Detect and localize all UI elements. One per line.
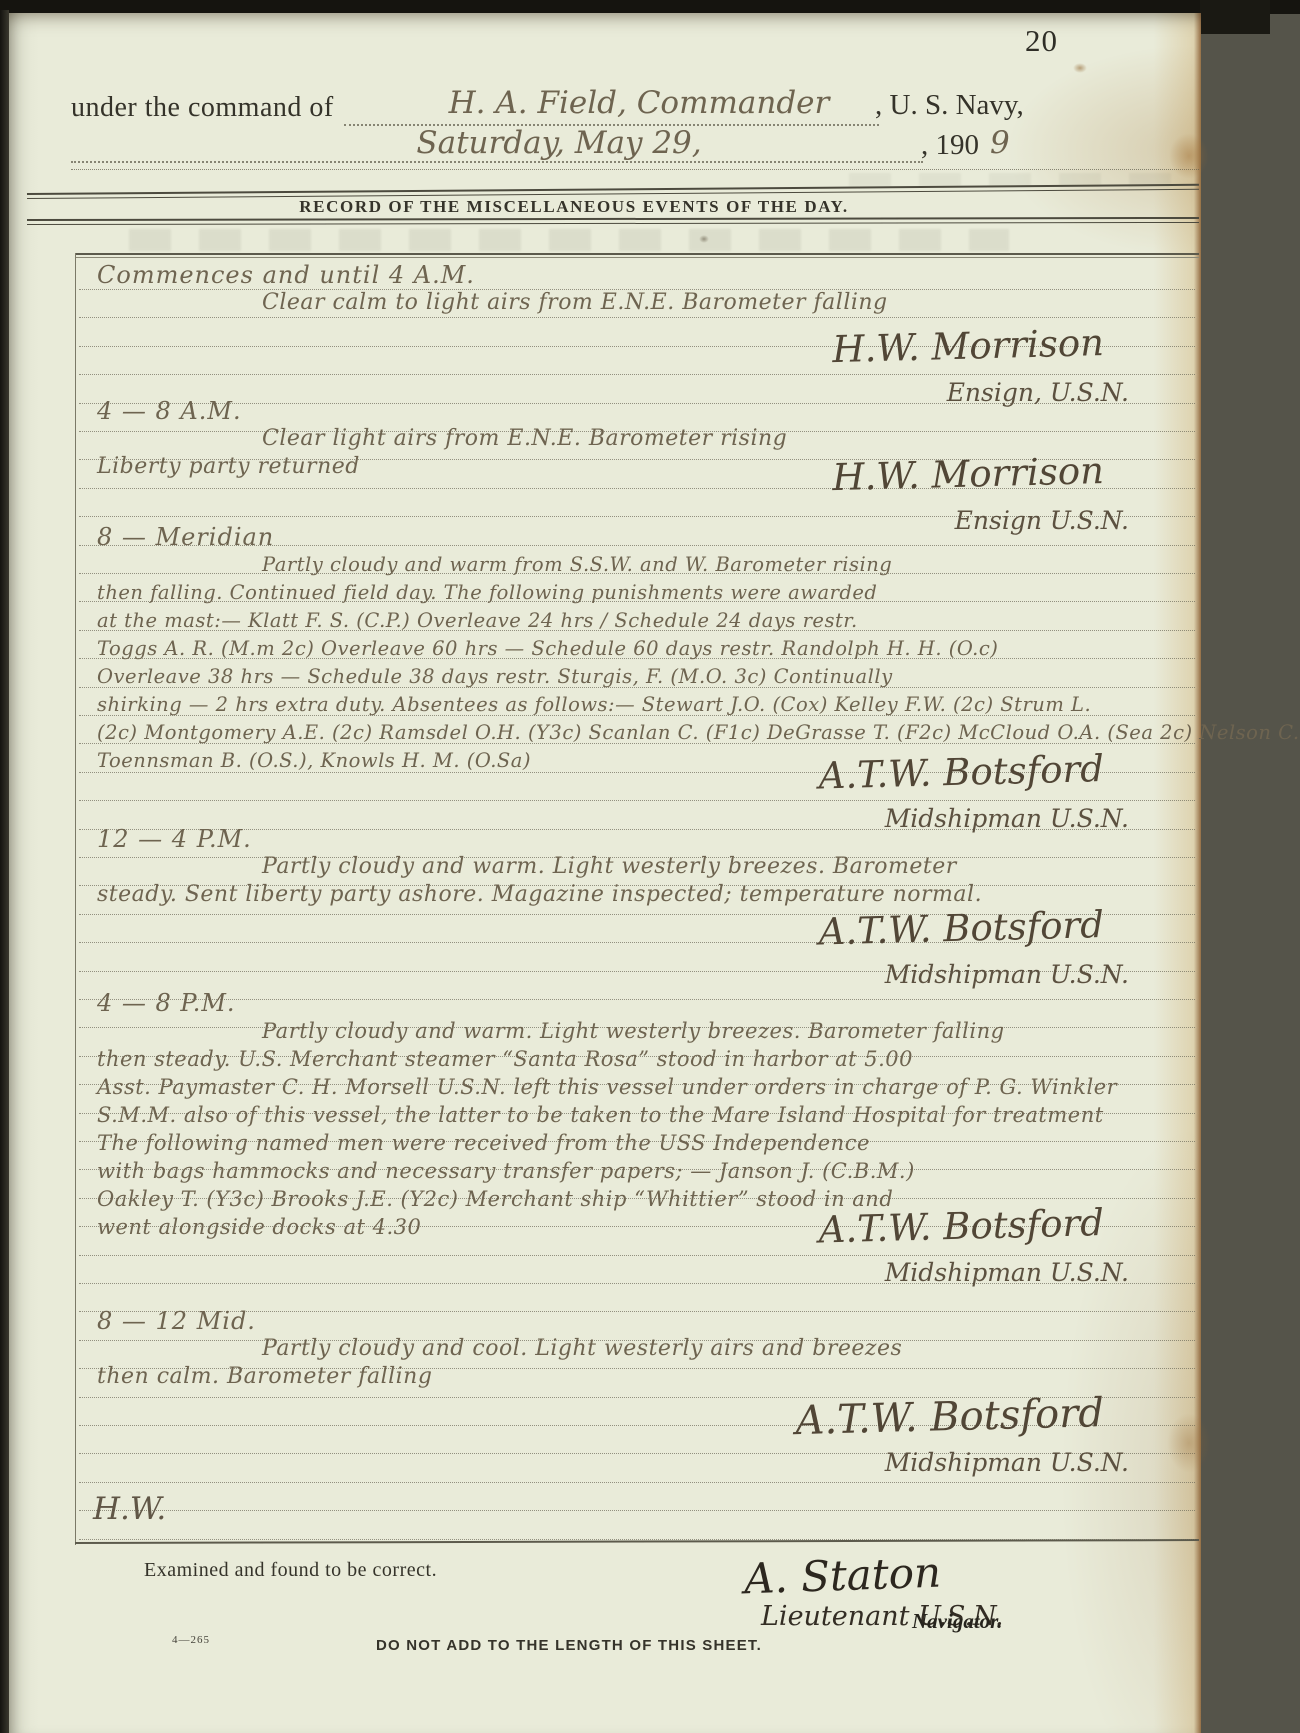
log-line: then steady. U.S. Merchant steamer “Sant… xyxy=(97,1045,1199,1073)
ink-bleed-through xyxy=(129,229,1009,251)
entry-time-heading: Commences and until 4 A.M. xyxy=(97,261,1199,289)
entry-time-heading: 4 — 8 A.M. xyxy=(97,397,1199,425)
log-line: S.M.M. also of this vessel, the latter t… xyxy=(97,1101,1199,1129)
page-number: 20 xyxy=(1025,23,1058,59)
year-prefix-label: , 190 xyxy=(921,129,979,162)
entry-time-heading: 4 — 8 P.M. xyxy=(97,989,1199,1017)
log-entry-12-4pm: 12 — 4 P.M. Partly cloudy and warm. Ligh… xyxy=(97,825,1199,991)
examined-statement: Examined and found to be correct. xyxy=(144,1559,437,1582)
log-line: Partly cloudy and warm. Light westerly b… xyxy=(97,853,1199,881)
paper-stain xyxy=(1167,1413,1211,1473)
ruled-line xyxy=(79,1539,1195,1540)
date-handwritten: Saturday, May 29, xyxy=(309,125,809,161)
navy-suffix-label: , U. S. Navy, xyxy=(875,89,1024,122)
log-line: Partly cloudy and cool. Light westerly a… xyxy=(97,1335,1199,1363)
ruled-box-top-border xyxy=(75,253,1199,258)
log-entry-8-meridian: 8 — Meridian Partly cloudy and warm from… xyxy=(97,523,1199,835)
marginal-initials: H.W. xyxy=(93,1491,166,1527)
section-title: RECORD OF THE MISCELLANEOUS EVENTS OF TH… xyxy=(9,197,1139,217)
ink-bleed-through xyxy=(849,173,1179,187)
log-line: Partly cloudy and warm from S.S.W. and W… xyxy=(97,551,1199,579)
log-line: (2c) Montgomery A.E. (2c) Ramsdel O.H. (… xyxy=(97,719,1199,747)
form-number: 4—265 xyxy=(172,1634,210,1646)
entry-body: Clear calm to light airs from E.N.E. Bar… xyxy=(97,289,1199,317)
entry-time-heading: 8 — Meridian xyxy=(97,523,1199,551)
log-line: then calm. Barometer falling xyxy=(97,1363,1199,1391)
log-entry-4-8am: 4 — 8 A.M. Clear light airs from E.N.E. … xyxy=(97,397,1199,537)
ruled-line xyxy=(79,1482,1195,1483)
paper-stain xyxy=(1073,63,1087,73)
log-entry-8-12mid: 8 — 12 Mid. Partly cloudy and cool. Ligh… xyxy=(97,1307,1199,1479)
entry-body: Partly cloudy and warm. Light westerly b… xyxy=(97,853,1199,909)
log-line: The following named men were received fr… xyxy=(97,1129,1199,1157)
commander-name-handwritten: H. A. Field, Commander xyxy=(399,85,879,121)
log-line: Toggs A. R. (M.m 2c) Overleave 60 hrs — … xyxy=(97,635,1199,663)
log-entry-4-8pm: 4 — 8 P.M. Partly cloudy and warm. Light… xyxy=(97,989,1199,1289)
year-digit-handwritten: 9 xyxy=(990,125,1010,161)
navigator-printed-label: Navigator. xyxy=(912,1609,1002,1634)
ruled-box-bottom-border xyxy=(75,1539,1199,1544)
entry-body: Partly cloudy and warm from S.S.W. and W… xyxy=(97,551,1199,775)
double-rule xyxy=(27,217,1199,225)
entry-time-heading: 12 — 4 P.M. xyxy=(97,825,1199,853)
logbook-page: 20 under the command of H. A. Field, Com… xyxy=(9,13,1201,1733)
command-prefix-label: under the command of xyxy=(71,92,334,124)
log-line: Clear light airs from E.N.E. Barometer r… xyxy=(97,425,1199,453)
do-not-add-notice: DO NOT ADD TO THE LENGTH OF THIS SHEET. xyxy=(309,1637,829,1654)
binding-gutter-shadow xyxy=(0,10,9,1733)
log-line: Asst. Paymaster C. H. Morsell U.S.N. lef… xyxy=(97,1073,1199,1101)
fill-in-rule xyxy=(71,169,1199,170)
paper-stain xyxy=(1169,133,1209,179)
log-line: then falling. Continued field day. The f… xyxy=(97,579,1199,607)
paper-stain xyxy=(699,235,709,243)
log-line: Partly cloudy and warm. Light westerly b… xyxy=(97,1017,1199,1045)
scan-corner-shadow xyxy=(1200,0,1270,34)
ruled-box-left-border xyxy=(75,253,76,1545)
log-line: Clear calm to light airs from E.N.E. Bar… xyxy=(97,289,1199,317)
logbook-scan: 20 under the command of H. A. Field, Com… xyxy=(0,0,1300,1733)
log-line: Overleave 38 hrs — Schedule 38 days rest… xyxy=(97,663,1199,691)
log-line: shirking — 2 hrs extra duty. Absentees a… xyxy=(97,691,1199,719)
ruled-line xyxy=(79,1510,1195,1511)
scan-top-edge xyxy=(0,0,1300,14)
fill-in-rule xyxy=(71,161,923,163)
entry-time-heading: 8 — 12 Mid. xyxy=(97,1307,1199,1335)
navigator-signature: A. Staton xyxy=(743,1548,942,1604)
log-entry-0-4am: Commences and until 4 A.M. Clear calm to… xyxy=(97,261,1199,409)
log-line: with bags hammocks and necessary transfe… xyxy=(97,1157,1199,1185)
log-line: at the mast:— Klatt F. S. (C.P.) Overlea… xyxy=(97,607,1199,635)
entry-body: Partly cloudy and cool. Light westerly a… xyxy=(97,1335,1199,1391)
